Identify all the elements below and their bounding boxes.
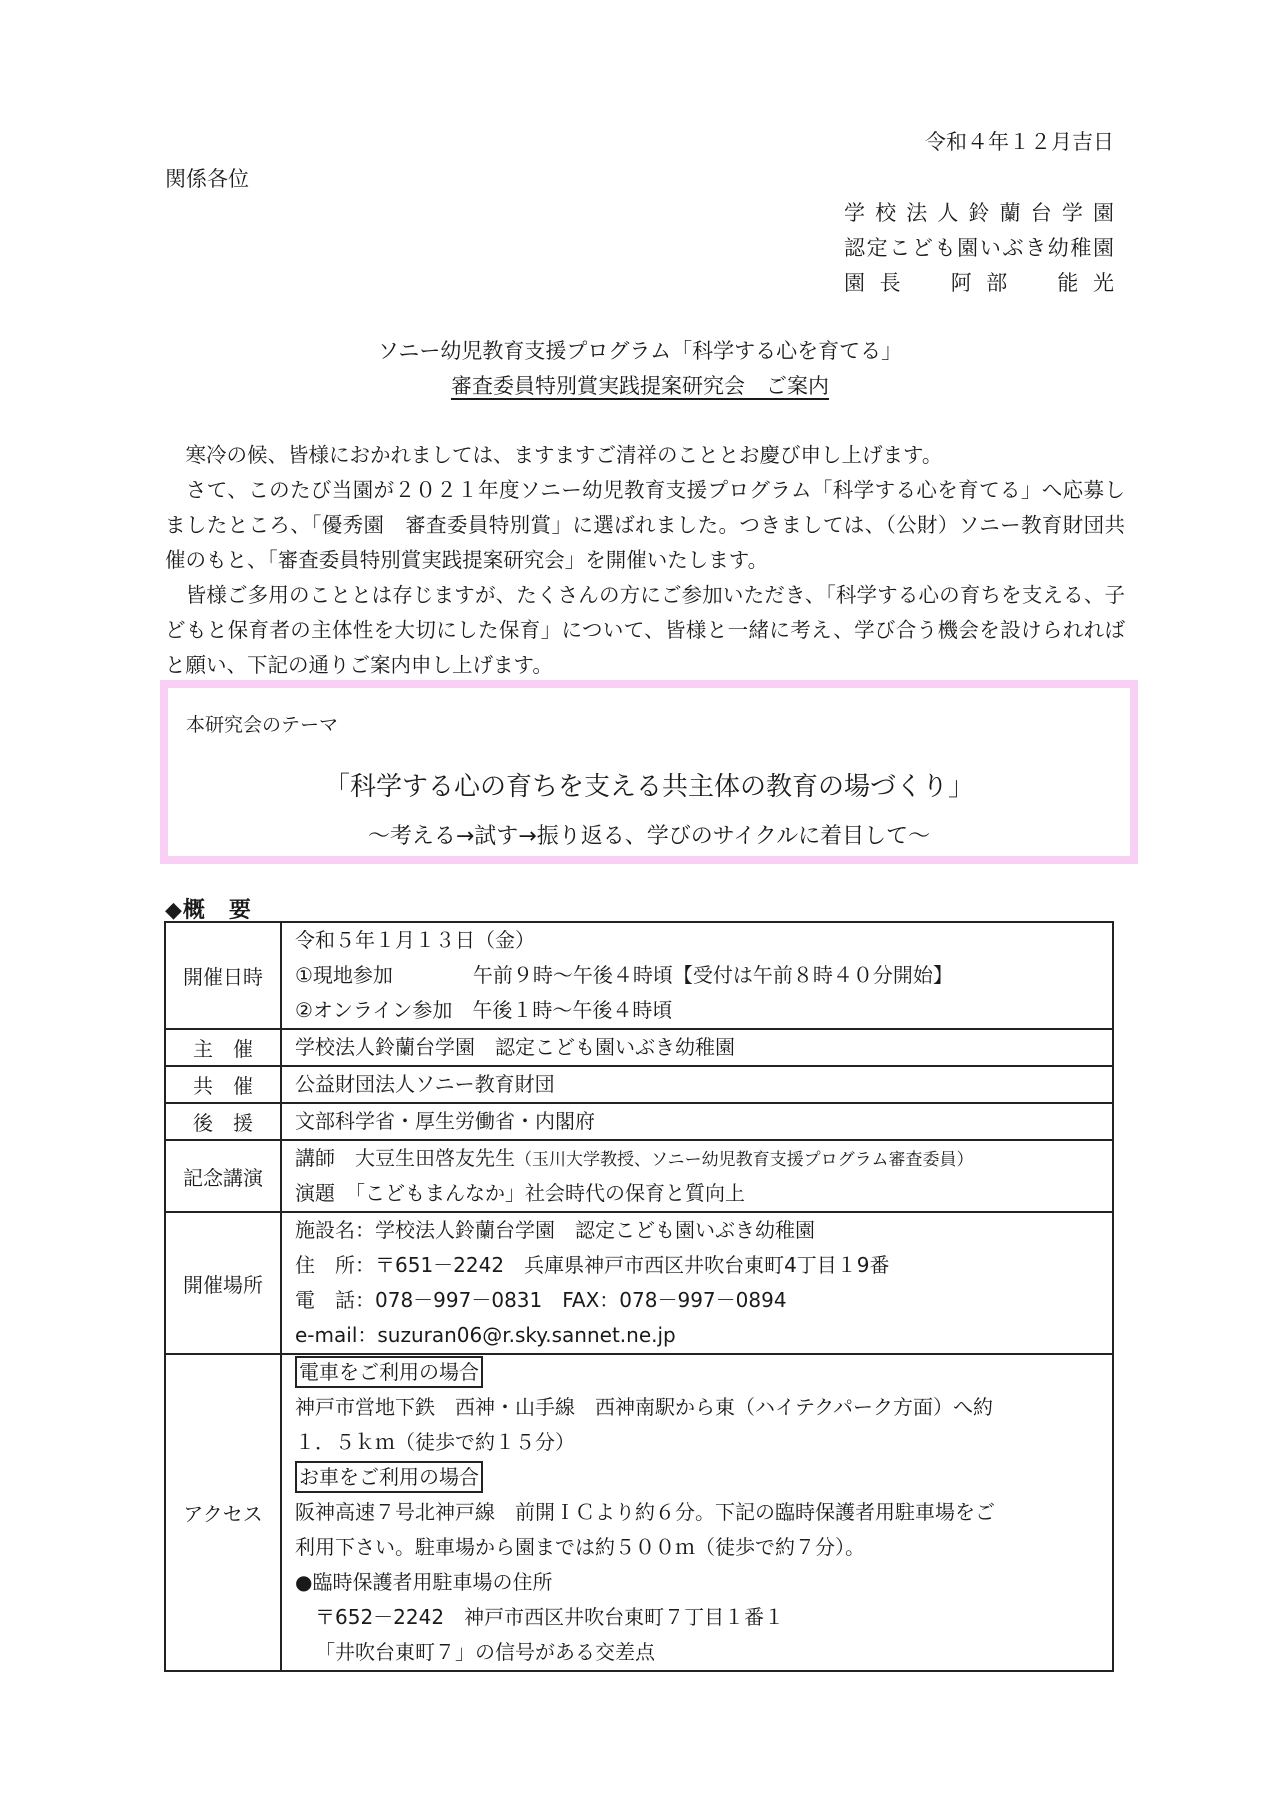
- value-support: 文部科学省・厚生労働省・内閣府: [281, 1103, 1113, 1140]
- overview-heading: ◆概 要: [165, 893, 252, 924]
- sender-block: 学校法人鈴蘭台学園 認定こども園いぶき幼稚園 園長 阿部 能光: [844, 196, 1114, 301]
- event-date: 令和５年１月１３日（金）: [295, 923, 1112, 958]
- venue-email[interactable]: e-mail：suzuran06@r.sky.sannet.ne.jp: [295, 1318, 1112, 1353]
- cohost-text: 公益財団法人ソニー教育財団: [295, 1067, 1112, 1102]
- train-directions-1: 神戸市営地下鉄 西神・山手線 西神南駅から東（ハイテクパーク方面）へ約: [295, 1390, 1112, 1425]
- venue-facility: 施設名：学校法人鈴蘭台学園 認定こども園いぶき幼稚園: [295, 1213, 1112, 1248]
- value-lecture: 講師 大豆生田啓友先生（玉川大学教授、ソニー幼児教育支援プログラム審査委員） 演…: [281, 1140, 1113, 1212]
- host-text: 学校法人鈴蘭台学園 認定こども園いぶき幼稚園: [295, 1030, 1112, 1065]
- label-support: 後 援: [165, 1103, 281, 1140]
- venue-address: 住 所：〒651－2242 兵庫県神戸市西区井吹台東町4丁目１9番: [295, 1248, 1112, 1283]
- table-row-lecture: 記念講演 講師 大豆生田啓友先生（玉川大学教授、ソニー幼児教育支援プログラム審査…: [165, 1140, 1113, 1212]
- lecturer-name: 講師 大豆生田啓友先生: [295, 1146, 515, 1170]
- title-line-2-text: 審査委員特別賞実践提案研究会 ご案内: [451, 374, 829, 398]
- paragraph-greeting: 寒冷の候、皆様におかれましては、ますますご清祥のこととお慶び申し上げます。: [165, 438, 1125, 473]
- table-row-cohost: 共 催 公益財団法人ソニー教育財団: [165, 1066, 1113, 1103]
- car-directions-1: 阪神高速７号北神戸線 前開ＩＣより約６分。下記の臨時保護者用駐車場をご: [295, 1495, 1112, 1530]
- table-row-datetime: 開催日時 令和５年１月１３日（金） ①現地参加 午前９時～午後４時頃【受付は午前…: [165, 922, 1113, 1029]
- theme-box: 本研究会のテーマ 「科学する心の育ちを支える共主体の教育の場づくり」 ～考える→…: [160, 680, 1138, 864]
- sender-school: 認定こども園いぶき幼稚園: [844, 231, 1114, 266]
- title-line-2: 審査委員特別賞実践提案研究会 ご案内: [0, 370, 1280, 400]
- train-directions-2: １．５ｋｍ（徒歩で約１５分）: [295, 1425, 1112, 1460]
- table-row-access: アクセス 電車をご利用の場合 神戸市営地下鉄 西神・山手線 西神南駅から東（ハイ…: [165, 1354, 1113, 1671]
- car-directions-2: 利用下さい。駐車場から園までは約５００ｍ（徒歩で約７分）。: [295, 1530, 1112, 1565]
- label-host: 主 催: [165, 1029, 281, 1066]
- title-line-1: ソニー幼児教育支援プログラム「科学する心を育てる」: [0, 335, 1280, 365]
- lecture-topic: 演題 「こどもまんなか」社会時代の保育と質向上: [295, 1176, 1112, 1211]
- venue-phone: 電 話：078－997－0831 FAX：078－997－0894: [295, 1283, 1112, 1318]
- parking-landmark: 「井吹台東町７」の信号がある交差点: [295, 1635, 1112, 1670]
- value-access: 電車をご利用の場合 神戸市営地下鉄 西神・山手線 西神南駅から東（ハイテクパーク…: [281, 1354, 1113, 1671]
- train-heading: 電車をご利用の場合: [295, 1356, 483, 1388]
- lecturer: 講師 大豆生田啓友先生（玉川大学教授、ソニー幼児教育支援プログラム審査委員）: [295, 1141, 1112, 1176]
- theme-subtitle: ～考える→試す→振り返る、学びのサイクルに着目して～: [168, 819, 1130, 850]
- label-lecture: 記念講演: [165, 1140, 281, 1212]
- theme-label: 本研究会のテーマ: [186, 710, 338, 737]
- parking-heading: ●臨時保護者用駐車場の住所: [295, 1565, 1112, 1600]
- paragraph-invitation: 皆様ご多用のこととは存じますが、たくさんの方にご参加いただき、「科学する心の育ち…: [165, 578, 1125, 683]
- value-cohost: 公益財団法人ソニー教育財団: [281, 1066, 1113, 1103]
- recipient: 関係各位: [165, 163, 249, 193]
- train-heading-row: 電車をご利用の場合: [295, 1355, 1112, 1390]
- table-row-venue: 開催場所 施設名：学校法人鈴蘭台学園 認定こども園いぶき幼稚園 住 所：〒651…: [165, 1212, 1113, 1354]
- label-access: アクセス: [165, 1354, 281, 1671]
- table-row-host: 主 催 学校法人鈴蘭台学園 認定こども園いぶき幼稚園: [165, 1029, 1113, 1066]
- online-time: ②オンライン参加 午後１時～午後４時頃: [295, 993, 1112, 1028]
- paragraph-announcement: さて、このたび当園が２０２１年度ソニー幼児教育支援プログラム「科学する心を育てる…: [165, 473, 1125, 578]
- value-host: 学校法人鈴蘭台学園 認定こども園いぶき幼稚園: [281, 1029, 1113, 1066]
- issue-date: 令和４年１２月吉日: [925, 126, 1114, 156]
- value-venue: 施設名：学校法人鈴蘭台学園 認定こども園いぶき幼稚園 住 所：〒651－2242…: [281, 1212, 1113, 1354]
- value-datetime: 令和５年１月１３日（金） ①現地参加 午前９時～午後４時頃【受付は午前８時４０分…: [281, 922, 1113, 1029]
- label-venue: 開催場所: [165, 1212, 281, 1354]
- overview-table: 開催日時 令和５年１月１３日（金） ①現地参加 午前９時～午後４時頃【受付は午前…: [164, 921, 1114, 1672]
- table-row-support: 後 援 文部科学省・厚生労働省・内閣府: [165, 1103, 1113, 1140]
- car-heading: お車をご利用の場合: [295, 1461, 483, 1493]
- parking-address: 〒652－2242 神戸市西区井吹台東町７丁目１番１: [295, 1600, 1112, 1635]
- onsite-time: ①現地参加 午前９時～午後４時頃【受付は午前８時４０分開始】: [295, 958, 1112, 993]
- support-text: 文部科学省・厚生労働省・内閣府: [295, 1104, 1112, 1139]
- lecturer-affiliation: （玉川大学教授、ソニー幼児教育支援プログラム審査委員）: [515, 1150, 974, 1170]
- sender-principal: 園長 阿部 能光: [844, 266, 1114, 301]
- sender-org: 学校法人鈴蘭台学園: [844, 196, 1114, 231]
- theme-main: 「科学する心の育ちを支える共主体の教育の場づくり」: [168, 766, 1130, 803]
- label-datetime: 開催日時: [165, 922, 281, 1029]
- body-text: 寒冷の候、皆様におかれましては、ますますご清祥のこととお慶び申し上げます。 さて…: [165, 438, 1125, 683]
- car-heading-row: お車をご利用の場合: [295, 1460, 1112, 1495]
- label-cohost: 共 催: [165, 1066, 281, 1103]
